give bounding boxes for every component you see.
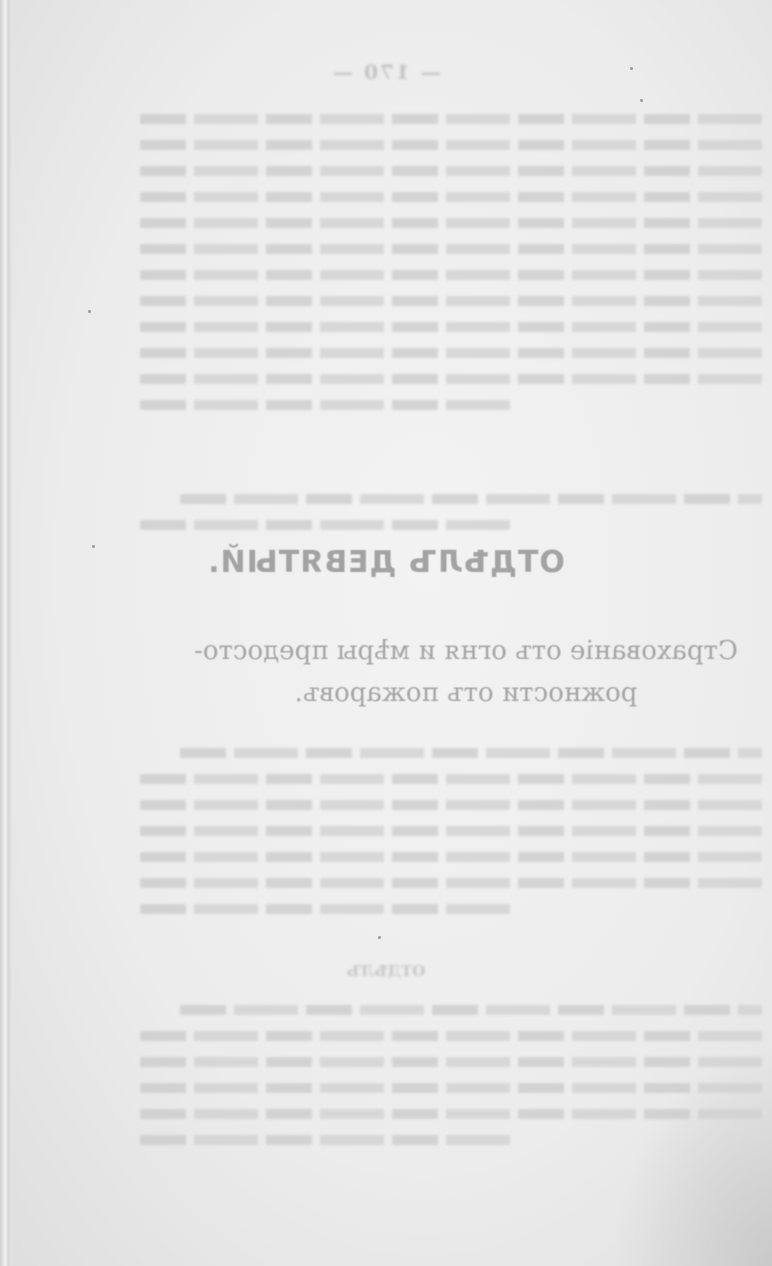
paper-speck <box>378 936 381 939</box>
body-text-line <box>140 244 762 254</box>
body-text-line <box>140 826 762 836</box>
body-text-line <box>140 1083 762 1093</box>
body-text-line <box>140 774 762 784</box>
paper-speck <box>630 67 633 70</box>
page-number: — 170 — <box>0 60 772 84</box>
body-text-line <box>140 400 513 410</box>
subheading: ОТДѢЛЪ <box>0 962 772 980</box>
body-text-block <box>140 494 762 546</box>
scanned-page: — 170 — ОТДѢЛЪ ДЕВЯТЫЙ. Страхованіе отъ … <box>0 0 772 1266</box>
body-text-line <box>180 494 762 504</box>
chapter-title-line-2: рожности отъ пожаровъ. <box>160 672 772 714</box>
body-text-line <box>140 374 762 384</box>
body-text-line <box>140 1109 762 1119</box>
body-text-block <box>140 1005 762 1161</box>
body-text-line <box>140 218 762 228</box>
body-text-line <box>140 140 762 150</box>
section-header: ОТДѢЛЪ ДЕВЯТЫЙ. <box>0 545 772 580</box>
body-text-line <box>140 852 762 862</box>
body-text-line <box>140 348 762 358</box>
paper-speck <box>92 545 95 548</box>
body-text-line <box>140 322 762 332</box>
body-text-line <box>140 800 762 810</box>
body-text-line <box>140 1031 762 1041</box>
body-text-line <box>140 904 513 914</box>
body-text-line <box>140 114 762 124</box>
body-text-block <box>140 114 762 426</box>
body-text-line <box>140 1135 513 1145</box>
page-binding-edge <box>0 0 12 1266</box>
body-text-line <box>180 1005 762 1015</box>
body-text-line <box>140 192 762 202</box>
paper-speck <box>88 310 91 313</box>
body-text-line <box>140 270 762 280</box>
body-text-line <box>140 166 762 176</box>
body-text-line <box>140 878 762 888</box>
paper-speck <box>640 99 643 102</box>
body-text-block <box>140 748 762 930</box>
chapter-title: Страхованіе отъ огня и мѣры предосто- ро… <box>160 630 772 714</box>
chapter-title-line-1: Страхованіе отъ огня и мѣры предосто- <box>160 630 772 672</box>
body-text-line <box>140 296 762 306</box>
body-text-line <box>180 748 762 758</box>
body-text-line <box>140 520 513 530</box>
body-text-line <box>140 1057 762 1067</box>
